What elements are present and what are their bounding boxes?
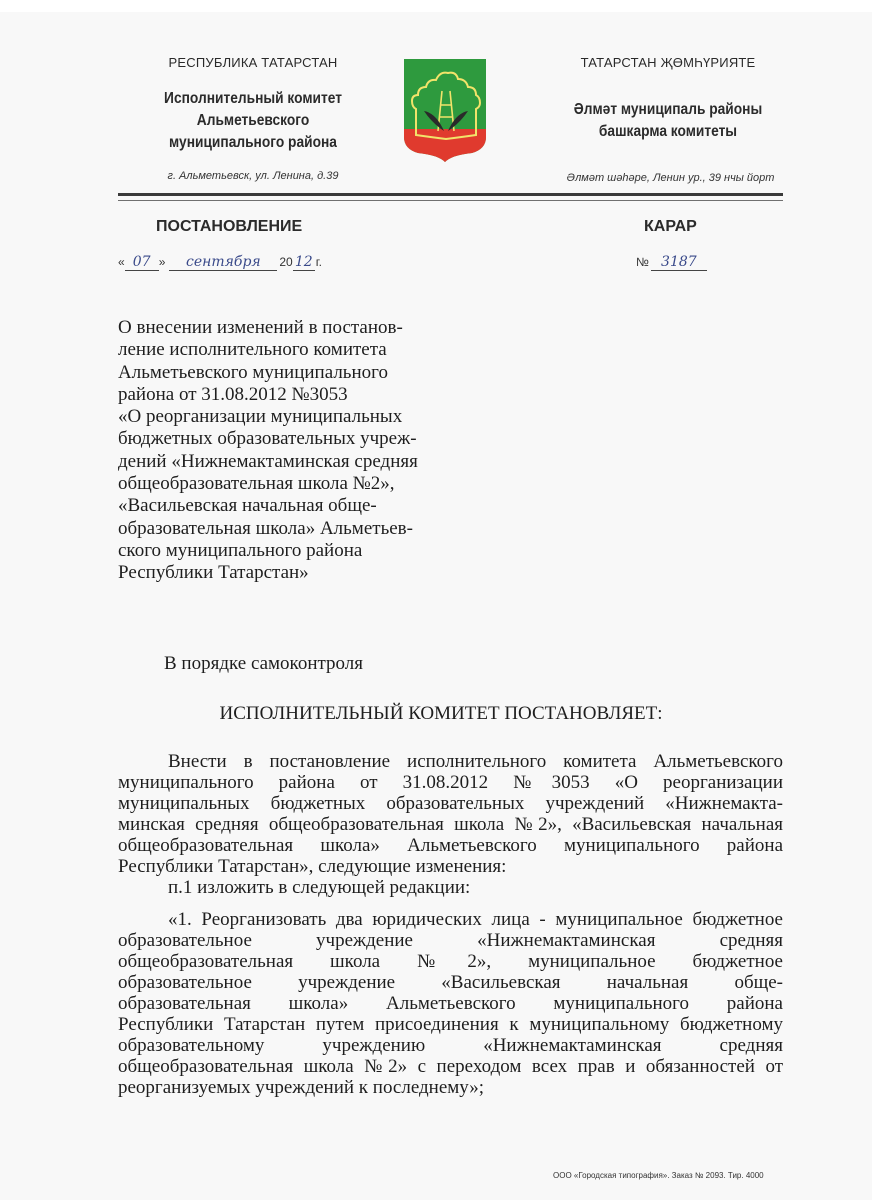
coat-of-arms-icon (402, 57, 488, 163)
date-open-quote: « (118, 255, 125, 269)
subject-line: ление исполнительного комитета (118, 339, 458, 361)
subject-line: О внесении изменений в постанов- (118, 317, 458, 339)
body-line: минская средняя общеобразовательная школ… (118, 814, 783, 835)
body-line: реорганизуемых учреждений к последнему»; (118, 1077, 783, 1098)
subject-line: дений «Нижнемактаминская средняя (118, 451, 458, 473)
subject-line: «О реорганизации муниципальных (118, 406, 458, 428)
body-paragraph-1: Внести в постановление исполнительного к… (118, 751, 783, 877)
header-left-org-line: муниципального района (137, 132, 369, 154)
header-divider-thick (118, 193, 783, 196)
subject-line: района от 31.08.2012 №3053 (118, 384, 458, 406)
date-line: «07»сентября2012г. (118, 254, 322, 271)
date-month: сентября (169, 254, 277, 271)
subject-line: Альметьевского муниципального (118, 362, 458, 384)
doc-type-right: КАРАР (644, 218, 697, 236)
body-line: «1. Реорганизовать два юридических лица … (118, 909, 783, 930)
subject-line: ского муниципального района (118, 540, 458, 562)
subject-line: общеобразовательная школа №2», (118, 473, 458, 495)
header-divider-thin (118, 200, 783, 201)
date-close-quote: » (159, 255, 166, 269)
basis-text: В порядке самоконтроля (164, 653, 363, 675)
resolves-heading: ИСПОЛНИТЕЛЬНЫЙ КОМИТЕТ ПОСТАНОВЛЯЕТ: (0, 703, 872, 725)
doc-type-left: ПОСТАНОВЛЕНИЕ (156, 218, 302, 236)
date-year-suffix: 12 (293, 254, 315, 271)
body-line: общеобразовательная школа» Альметьевског… (118, 835, 783, 856)
body-paragraph-3: «1. Реорганизовать два юридических лица … (118, 909, 783, 1098)
subject-line: «Васильевская начальная обще- (118, 495, 458, 517)
header-right-org: Әлмәт муниципаль районы башкарма комитет… (528, 99, 808, 143)
header-right-org-line: Әлмәт муниципаль районы (548, 99, 789, 121)
subject-line: бюджетных образовательных учреж- (118, 428, 458, 450)
header-right-republic: ТАТАРСТАН ҖӨМҺҮРИЯТЕ (548, 55, 788, 70)
body-paragraph-2: п.1 изложить в следующей редакции: (118, 877, 783, 898)
header-left-address: г. Альметьевск, ул. Ленина, д.39 (118, 170, 388, 182)
body-line: образовательная школа» Альметьевского му… (118, 993, 783, 1014)
subject-line: образовательная школа» Альметьев- (118, 518, 458, 540)
subject-block: О внесении изменений в постанов- ление и… (118, 317, 458, 585)
body-line: Республики Татарстан», следующие изменен… (118, 856, 783, 877)
date-year-prefix: 20 (279, 255, 292, 269)
body-line: муниципального района от 31.08.2012 №305… (118, 772, 783, 793)
header-left-republic: РЕСПУБЛИКА ТАТАРСТАН (118, 55, 388, 70)
date-year-label: г. (316, 255, 322, 269)
body-line: образовательному учреждению «Нижнемактам… (118, 1035, 783, 1056)
body-line: муниципальных бюджетных образовательных … (118, 793, 783, 814)
doc-number-value: 3187 (651, 254, 707, 271)
doc-number-label: № (636, 255, 649, 269)
body-line: Республики Татарстан путем присоединения… (118, 1014, 783, 1035)
body-line: образовательное учреждение «Васильевская… (118, 972, 783, 993)
header-right-address: Әлмәт шәһәре, Ленин ур., 39 нчы йорт (548, 172, 793, 184)
printer-footer: ООО «Городская типография». Заказ № 2093… (553, 1171, 764, 1180)
header-left-org: Исполнительный комитет Альметьевского му… (118, 88, 388, 154)
header-left-org-line: Исполнительный комитет (137, 88, 369, 110)
body-line: образовательное учреждение «Нижнемактами… (118, 930, 783, 951)
body-line: общеобразовательная школа №2» с переходо… (118, 1056, 783, 1077)
header-left-org-line: Альметьевского (137, 110, 369, 132)
subject-line: Республики Татарстан» (118, 562, 458, 584)
date-day: 07 (125, 254, 159, 271)
header-right-org-line: башкарма комитеты (548, 121, 789, 143)
body-line: общеобразовательная школа №2», муниципал… (118, 951, 783, 972)
body-line: Внести в постановление исполнительного к… (118, 751, 783, 772)
doc-number: №3187 (636, 254, 707, 271)
